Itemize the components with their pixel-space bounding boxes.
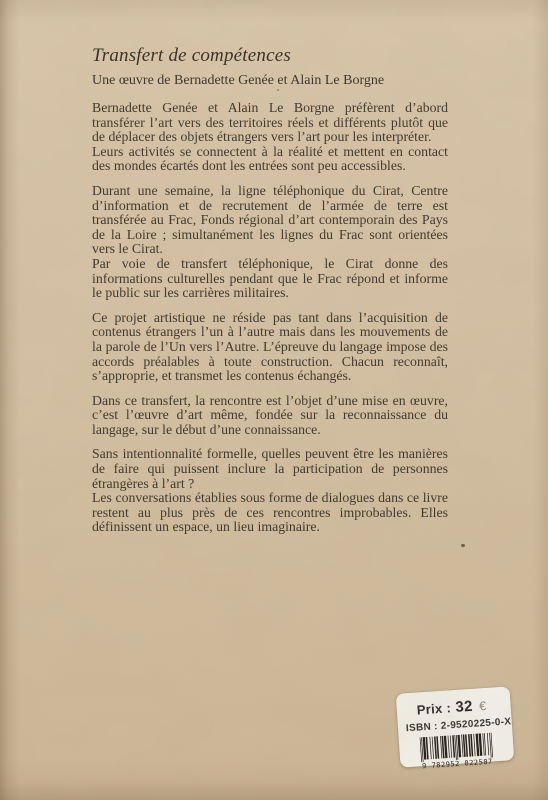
price-value: 32: [455, 698, 473, 716]
back-cover-body: Bernadette Genée et Alain Le Borgne préf…: [92, 101, 448, 535]
paragraph: Durant une semaine, la ligne téléphoniqu…: [92, 184, 448, 257]
paragraph: Bernadette Genée et Alain Le Borgne préf…: [92, 101, 448, 145]
price-sticker: Prix : 32 € ISBN : 2-9520225-0-X 9 78295…: [396, 686, 515, 767]
ink-speck: [277, 89, 279, 91]
paragraph: Leurs activités se connectent à la réali…: [92, 145, 448, 174]
euro-sign: €: [479, 699, 487, 713]
paragraph: Sans intentionnalité formelle, quelles p…: [92, 447, 448, 491]
ink-speck: [461, 544, 465, 547]
paragraph: Ce projet artistique ne réside pas tant …: [92, 311, 448, 384]
book-subtitle: Une œuvre de Bernadette Genée et Alain L…: [92, 71, 448, 90]
price-line: Prix : 32 €: [416, 695, 511, 719]
price-label: Prix :: [416, 700, 451, 717]
paragraph: Les conversations établies sous forme de…: [92, 491, 448, 535]
book-back-cover: Transfert de compétences Une œuvre de Be…: [0, 0, 548, 800]
book-title: Transfert de compétences: [92, 44, 448, 68]
paragraph: Dans ce transfert, la rencontre est l’ob…: [92, 394, 448, 438]
cover-text-column: Transfert de compétences Une œuvre de Be…: [92, 44, 448, 535]
barcode: 9 782952 022507: [416, 732, 498, 770]
paragraph: Par voie de transfert téléphonique, le C…: [92, 257, 448, 301]
